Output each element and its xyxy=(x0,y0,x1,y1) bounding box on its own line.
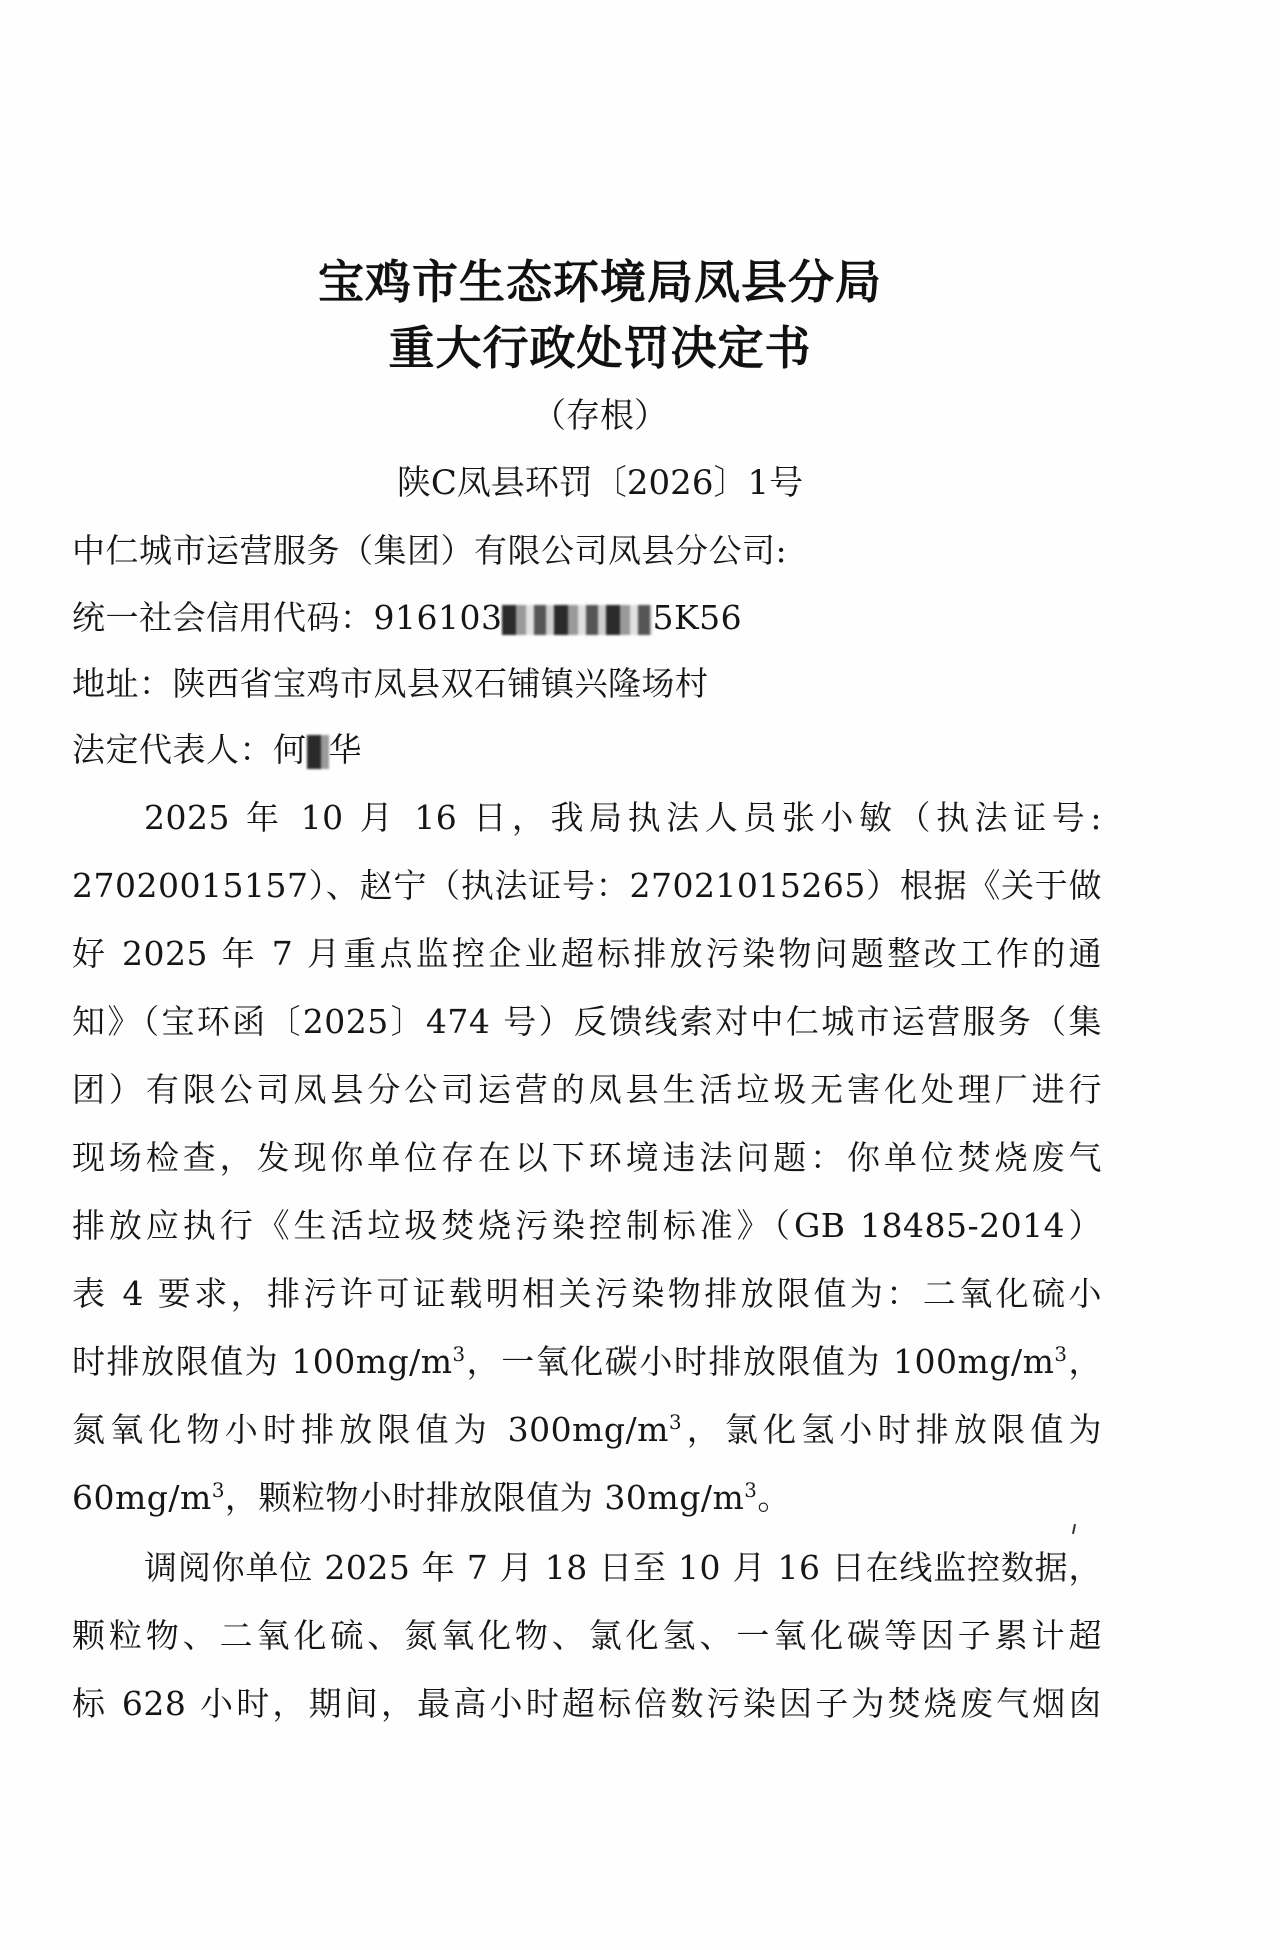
text-segment: ，氯化氢小时排放限值为 xyxy=(682,1410,1102,1449)
issuing-authority-title: 宝鸡市生态环境局凤县分局 xyxy=(40,246,1160,312)
paragraph-line: 27020015157）、赵宁（执法证号：27021015265）根据《关于做 xyxy=(72,860,1102,907)
legal-rep-label: 法定代表人： xyxy=(72,730,273,769)
text-segment: 60mg/m xyxy=(72,1478,212,1517)
paragraph-line: 排放应执行《生活垃圾焚烧污染控制标准》（GB 18485-2014） xyxy=(72,1200,1102,1247)
superscript: 3 xyxy=(1054,1343,1067,1366)
paragraph-line: 好 2025 年 7 月重点监控企业超标排放污染物问题整改工作的通 xyxy=(72,928,1102,975)
credit-code-label: 统一社会信用代码： xyxy=(72,598,374,637)
text-segment: 时排放限值为 100mg/m xyxy=(72,1342,453,1381)
superscript: 3 xyxy=(212,1479,225,1502)
document-number: 陕C凤县环罚〔2026〕1号 xyxy=(40,455,1160,504)
credit-code-suffix: 5K56 xyxy=(652,598,742,637)
superscript: 3 xyxy=(669,1411,682,1434)
paragraph-line: 现场检查，发现你单位存在以下环境违法问题：你单位焚烧废气 xyxy=(72,1132,1102,1179)
address-line: 地址：陕西省宝鸡市凤县双石铺镇兴隆场村 xyxy=(72,658,709,705)
paragraph-line: 时排放限值为 100mg/m3，一氧化碳小时排放限值为 100mg/m3， xyxy=(72,1336,1102,1383)
text-segment: ，一氧化碳小时排放限值为 100mg/m xyxy=(466,1342,1055,1381)
paragraph-line: 氮氧化物小时排放限值为 300mg/m3，氯化氢小时排放限值为 xyxy=(72,1404,1102,1451)
credit-code-line: 统一社会信用代码：9161035K56 xyxy=(72,592,742,639)
party-name: 中仁城市运营服务（集团）有限公司凤县分公司: xyxy=(72,525,787,572)
paragraph-line: 2025 年 10 月 16 日，我局执法人员张小敏（执法证号: xyxy=(144,792,1102,839)
document-subtitle: （存根） xyxy=(40,388,1160,437)
paragraph-line: 颗粒物、二氧化硫、氮氧化物、氯化氢、一氧化碳等因子累计超 xyxy=(72,1610,1102,1657)
text-segment: ， xyxy=(1067,1342,1102,1381)
redacted-mosaic xyxy=(502,605,652,635)
superscript: 3 xyxy=(744,1479,757,1502)
paragraph-line: 60mg/m3，颗粒物小时排放限值为 30mg/m3。 xyxy=(72,1472,791,1519)
document-title: 重大行政处罚决定书 xyxy=(40,312,1160,378)
text-segment: 氮氧化物小时排放限值为 300mg/m xyxy=(72,1410,669,1449)
legal-rep-last: 华 xyxy=(329,730,363,769)
scan-artifact xyxy=(1072,1524,1076,1534)
text-segment: 。 xyxy=(757,1478,791,1517)
paragraph-line: 表 4 要求，排污许可证载明相关污染物排放限值为：二氧化硫小 xyxy=(72,1268,1102,1315)
superscript: 3 xyxy=(453,1343,466,1366)
document-page: 宝鸡市生态环境局凤县分局 重大行政处罚决定书 （存根） 陕C凤县环罚〔2026〕… xyxy=(0,0,1280,1950)
paragraph-line: 调阅你单位 2025 年 7 月 18 日至 10 月 16 日在线监控数据， xyxy=(144,1542,1102,1589)
legal-representative-line: 法定代表人：何华 xyxy=(72,724,362,771)
credit-code-prefix: 916103 xyxy=(374,598,503,637)
paragraph-line: 知》（宝环函〔2025〕474 号）反馈线索对中仁城市运营服务（集 xyxy=(72,996,1102,1043)
paragraph-line: 团）有限公司凤县分公司运营的凤县生活垃圾无害化处理厂进行 xyxy=(72,1064,1102,1111)
paragraph-line: 标 628 小时，期间，最高小时超标倍数污染因子为焚烧废气烟囱 xyxy=(72,1678,1102,1725)
redacted-mosaic xyxy=(307,735,329,769)
legal-rep-first: 何 xyxy=(273,730,307,769)
text-segment: ，颗粒物小时排放限值为 30mg/m xyxy=(225,1478,744,1517)
